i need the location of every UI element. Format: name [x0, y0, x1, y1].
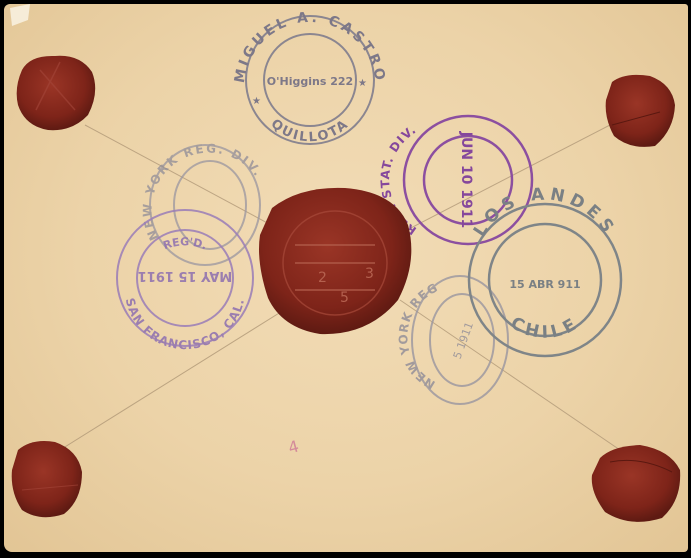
svg-text:NEW YORK REG. DIV.: NEW YORK REG. DIV.: [140, 141, 265, 242]
svg-text:15 ABR 911: 15 ABR 911: [509, 278, 580, 291]
svg-text:2: 2: [318, 270, 327, 286]
envelope-scene: MIGUEL A. CASTRO QUILLOTA O'Higgins 222 …: [0, 0, 691, 558]
svg-text:SAN FRANCISCO, CAL.: SAN FRANCISCO, CAL.: [123, 297, 247, 353]
svg-text:★: ★: [252, 96, 261, 107]
seal-center: 2 3 5: [259, 188, 411, 334]
sender-cachet: MIGUEL A. CASTRO QUILLOTA O'Higgins 222 …: [232, 10, 388, 146]
svg-text:JUN 10 1911: JUN 10 1911: [458, 131, 474, 229]
svg-text:5: 5: [340, 290, 349, 306]
svg-text:MIGUEL A. CASTRO: MIGUEL A. CASTRO: [232, 10, 388, 85]
svg-text:5 1911: 5 1911: [451, 320, 476, 361]
svg-text:MAY 15 1911: MAY 15 1911: [138, 268, 233, 283]
svg-text:★: ★: [358, 78, 367, 89]
svg-text:LOS ANDES: LOS ANDES: [470, 184, 620, 240]
torn-corner: [10, 4, 30, 26]
pencil-mark: 4: [286, 436, 301, 457]
seal-top-right: [606, 75, 675, 147]
svg-text:QUILLOTA: QUILLOTA: [268, 117, 352, 146]
los-andes-postmark: LOS ANDES CHILE 15 ABR 911: [469, 184, 621, 356]
svg-text:O'Higgins 222: O'Higgins 222: [267, 75, 353, 88]
seal-bottom-right: [592, 445, 680, 522]
svg-text:CHILE: CHILE: [507, 313, 583, 343]
svg-text:3: 3: [365, 266, 374, 282]
san-francisco-postmark: SAN FRANCISCO, CAL. REG'D. MAY 15 1911: [117, 210, 253, 352]
seal-top-left: [17, 56, 96, 130]
seal-bottom-left: [12, 441, 82, 517]
svg-text:REG'D.: REG'D.: [161, 235, 208, 252]
